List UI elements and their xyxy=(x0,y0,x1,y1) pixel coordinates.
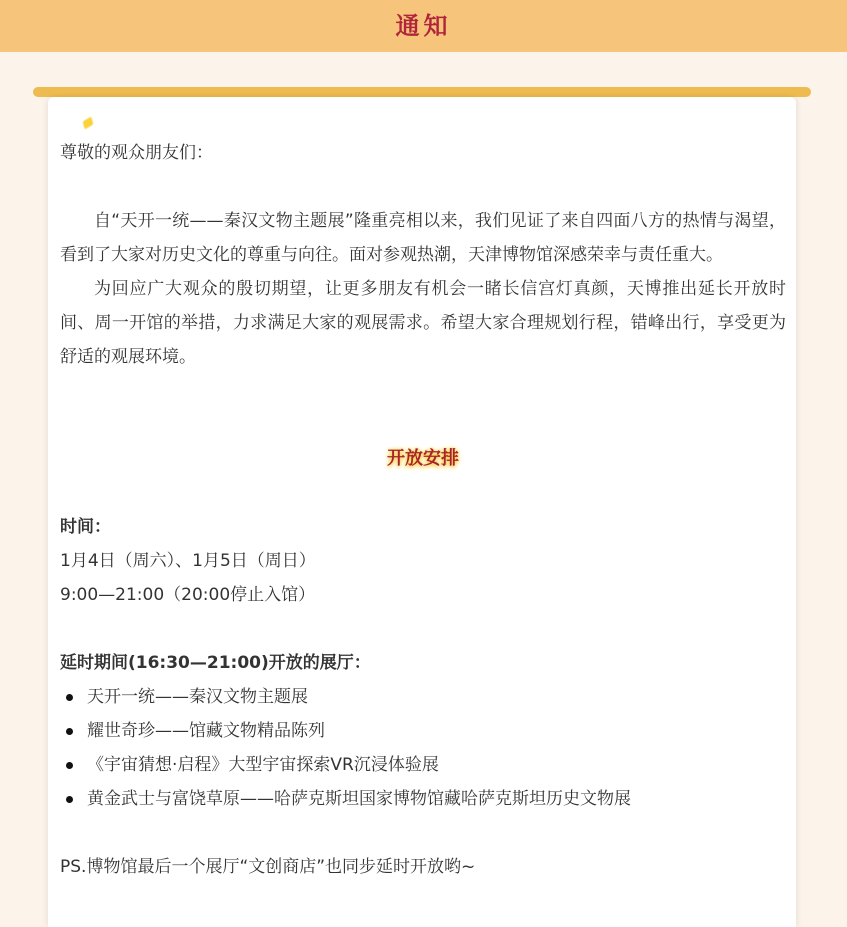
page-title: 通知 xyxy=(396,6,452,41)
schedule-hours: 9:00—21:00（20:00停止入馆） xyxy=(60,578,786,612)
bullet-icon xyxy=(66,728,73,735)
notice-content: 尊敬的观众朋友们： 自“天开一统——秦汉文物主题展”隆重亮相以来，我们见证了来自… xyxy=(60,136,786,884)
paragraph-intro: 自“天开一统——秦汉文物主题展”隆重亮相以来，我们见证了来自四面八方的热情与渴望… xyxy=(60,204,786,272)
ps-note: PS.博物馆最后一个展厅“文创商店”也同步延时开放哟~ xyxy=(60,850,786,884)
time-label: 时间： xyxy=(60,510,786,544)
spacer xyxy=(60,170,786,204)
spacer xyxy=(60,612,786,646)
spacer xyxy=(60,374,786,408)
hall-name: 耀世奇珍——馆藏文物精品陈列 xyxy=(87,721,325,741)
hall-name: 天开一统——秦汉文物主题展 xyxy=(87,687,308,707)
spacer xyxy=(60,816,786,850)
list-item: 耀世奇珍——馆藏文物精品陈列 xyxy=(60,714,786,748)
hall-name: 《宇宙猜想·启程》大型宇宙探索VR沉浸体验展 xyxy=(87,755,439,775)
paragraph-measures: 为回应广大观众的殷切期望，让更多朋友有机会一睹长信宫灯真颜，天博推出延长开放时间… xyxy=(60,272,786,374)
halls-list: 天开一统——秦汉文物主题展 耀世奇珍——馆藏文物精品陈列 《宇宙猜想·启程》大型… xyxy=(60,680,786,816)
list-item: 黄金武士与富饶草原——哈萨克斯坦国家博物馆藏哈萨克斯坦历史文物展 xyxy=(60,782,786,816)
greeting: 尊敬的观众朋友们： xyxy=(60,136,786,170)
bullet-icon xyxy=(66,762,73,769)
list-item: 天开一统——秦汉文物主题展 xyxy=(60,680,786,714)
bullet-icon xyxy=(66,796,73,803)
list-item: 《宇宙猜想·启程》大型宇宙探索VR沉浸体验展 xyxy=(60,748,786,782)
halls-label: 延时期间(16:30—21:00)开放的展厅： xyxy=(60,646,786,680)
spacer xyxy=(60,476,786,510)
accent-bar xyxy=(33,87,811,97)
header-bar: 通知 xyxy=(0,0,847,52)
section-title-schedule: 开放安排 xyxy=(60,442,786,476)
bullet-icon xyxy=(66,694,73,701)
schedule-dates: 1月4日（周六）、1月5日（周日） xyxy=(60,544,786,578)
hall-name: 黄金武士与富饶草原——哈萨克斯坦国家博物馆藏哈萨克斯坦历史文物展 xyxy=(87,789,631,809)
spacer xyxy=(60,408,786,442)
